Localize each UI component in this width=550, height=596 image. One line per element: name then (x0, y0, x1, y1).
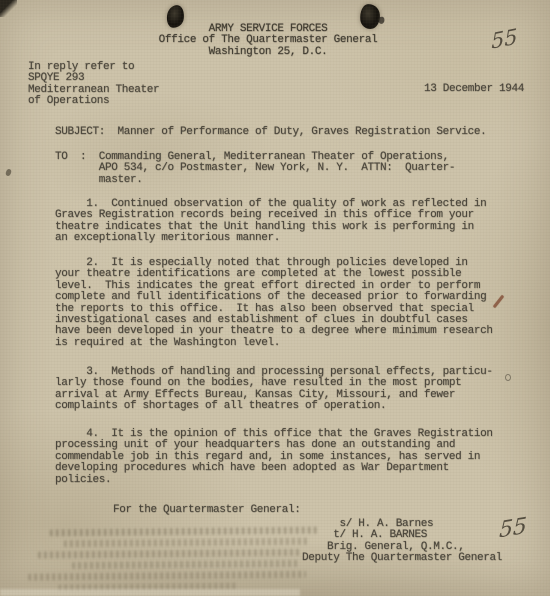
body-paragraph-1: 1. Continued observation of the quality … (55, 199, 486, 245)
bleed-through-text (16, 526, 357, 596)
reference-block: In reply refer to SPQYE 293 Mediterranea… (28, 62, 159, 108)
bleed-line (72, 560, 298, 569)
subject-line: SUBJECT: Manner of Performance of Duty, … (55, 127, 486, 138)
edge-speck (5, 168, 12, 176)
bleed-line (38, 549, 300, 559)
bleed-line (28, 571, 306, 581)
bleed-line (64, 538, 310, 548)
pen-slash-mark (493, 295, 505, 309)
scanned-letter-page: 55 ARMY SERVICE FORCES Office of The Qua… (0, 0, 550, 596)
corner-stain (0, 0, 17, 17)
date-line: 13 December 1944 (424, 84, 524, 95)
handwritten-page-number-bottom: 55 (499, 514, 528, 544)
body-paragraph-2: 2. It is especially noted that through p… (55, 258, 493, 349)
to-block: TO : Commanding General, Mediterranean T… (55, 152, 455, 186)
body-paragraph-4: 4. It is the opinion of this office that… (55, 429, 493, 486)
closing-line: For the Quartermaster General: (113, 505, 301, 516)
body-paragraph-3: 3. Methods of handling and processing pe… (55, 367, 493, 413)
bleed-line (50, 527, 318, 537)
letterhead: ARMY SERVICE FORCES Office of The Quarte… (0, 24, 536, 58)
paper-bottom-edge (0, 589, 300, 596)
stray-type-mark (505, 374, 511, 381)
